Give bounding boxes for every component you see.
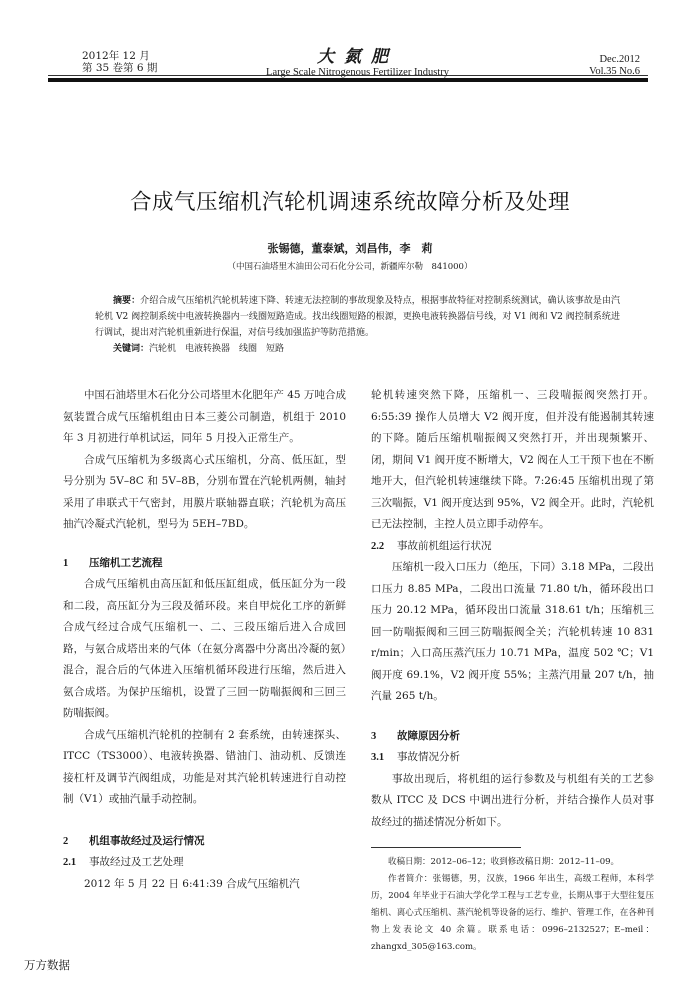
footnote-received: 收稿日期：2012–06–12；收到修改稿日期：2012–11–09。 <box>371 854 654 871</box>
abstract-paragraph: 摘要：介绍合成气压缩机汽轮机转速下降、转速无法控制的事故现象及特点，根据事故特征… <box>95 293 620 341</box>
journal-logo: 大氮肥 <box>65 48 650 66</box>
abstract-block: 摘要：介绍合成气压缩机汽轮机转速下降、转速无法控制的事故现象及特点，根据事故特征… <box>95 293 620 357</box>
section-3-title: 故障原因分析 <box>397 730 460 742</box>
section-2-1-heading: 2.1事故经过及工艺处理 <box>63 852 346 874</box>
section-1-title: 压缩机工艺流程 <box>89 557 163 569</box>
section-2-2-number: 2.2 <box>371 536 397 558</box>
column-right: 轮机转速突然下降，压缩机一、三段喘振阀突然打开。6:55:39 操作人员增大 V… <box>371 385 654 956</box>
footnote-block: 收稿日期：2012–06–12；收到修改稿日期：2012–11–09。 作者简介… <box>371 854 654 956</box>
section-1-heading: 1压缩机工艺流程 <box>63 553 346 575</box>
section-2-1-number: 2.1 <box>63 852 89 874</box>
section-2-1-paragraph-start: 2012 年 5 月 22 日 6:41:39 合成气压缩机汽 <box>63 874 346 896</box>
section-1-paragraph-1: 合成气压缩机由高压缸和低压缸组成，低压缸分为一段和二段，高压缸分为三段及循环段。… <box>63 574 346 725</box>
keywords-label: 关键词： <box>113 344 149 354</box>
section-2-1-paragraph-cont: 轮机转速突然下降，压缩机一、三段喘振阀突然打开。6:55:39 操作人员增大 V… <box>371 385 654 536</box>
footnote-rule <box>371 847 521 848</box>
section-2-2-heading: 2.2事故前机组运行状况 <box>371 536 654 558</box>
section-2-heading: 2机组事故经过及运行情况 <box>63 831 346 853</box>
section-3-1-number: 3.1 <box>371 747 397 769</box>
section-2-1-title: 事故经过及工艺处理 <box>89 856 184 868</box>
section-3-heading: 3故障原因分析 <box>371 726 654 748</box>
section-2-number: 2 <box>63 831 89 853</box>
watermark-text: 万方数据 <box>24 957 70 973</box>
abstract-text: 介绍合成气压缩机汽轮机转速下降、转速无法控制的事故现象及特点，根据事故特征对控制… <box>95 296 620 338</box>
section-2-2-title: 事故前机组运行状况 <box>397 540 492 552</box>
section-3-number: 3 <box>371 726 397 748</box>
section-2-title: 机组事故经过及运行情况 <box>89 835 205 847</box>
article-affiliation: （中国石油塔里木油田公司石化分公司，新疆库尔勒 841000） <box>0 260 700 272</box>
header-date-en: Dec.2012 <box>589 54 640 66</box>
section-3-1-heading: 3.1事故情况分析 <box>371 747 654 769</box>
header-rule-thin <box>48 75 648 76</box>
section-3-1-paragraph: 事故出现后，将机组的运行参数及与机组有关的工艺参数从 ITCC 及 DCS 中调… <box>371 769 654 834</box>
page-header: 2012年 12 月 第 35 卷第 6 期 大氮肥 Large Scale N… <box>65 48 650 82</box>
section-3-1-title: 事故情况分析 <box>397 751 460 763</box>
section-2-2-paragraph: 压缩机一段入口压力（绝压，下同）3.18 MPa，二段出口压力 8.85 MPa… <box>371 557 654 708</box>
column-left: 中国石油塔里木石化分公司塔里木化肥年产 45 万吨合成氨装置合成气压缩机组由日本… <box>63 385 346 895</box>
header-rule-thick <box>48 78 648 82</box>
section-1-number: 1 <box>63 553 89 575</box>
abstract-label: 摘要： <box>113 296 140 306</box>
footnote-author-bio: 作者简介：张锡德，男，汉族，1966 年出生，高级工程师，本科学历，2004 年… <box>371 871 654 956</box>
article-title: 合成气压缩机汽轮机调速系统故障分析及处理 <box>0 185 700 216</box>
article-authors: 张锡德，董泰斌，刘昌伟，李 莉 <box>0 240 700 256</box>
header-issue-en: Vol.35 No.6 <box>589 66 640 78</box>
section-1-paragraph-2: 合成气压缩机汽轮机的控制有 2 套系统，由转速探头、ITCC（TS3000）、电… <box>63 725 346 811</box>
keywords-paragraph: 关键词：汽轮机 电液转换器 线圈 短路 <box>95 341 620 357</box>
intro-paragraph-1: 中国石油塔里木石化分公司塔里木化肥年产 45 万吨合成氨装置合成气压缩机组由日本… <box>63 385 346 450</box>
keywords-text: 汽轮机 电液转换器 线圈 短路 <box>149 344 284 354</box>
intro-paragraph-2: 合成气压缩机为多级离心式压缩机，分高、低压缸，型号分别为 5V–8C 和 5V–… <box>63 450 346 536</box>
